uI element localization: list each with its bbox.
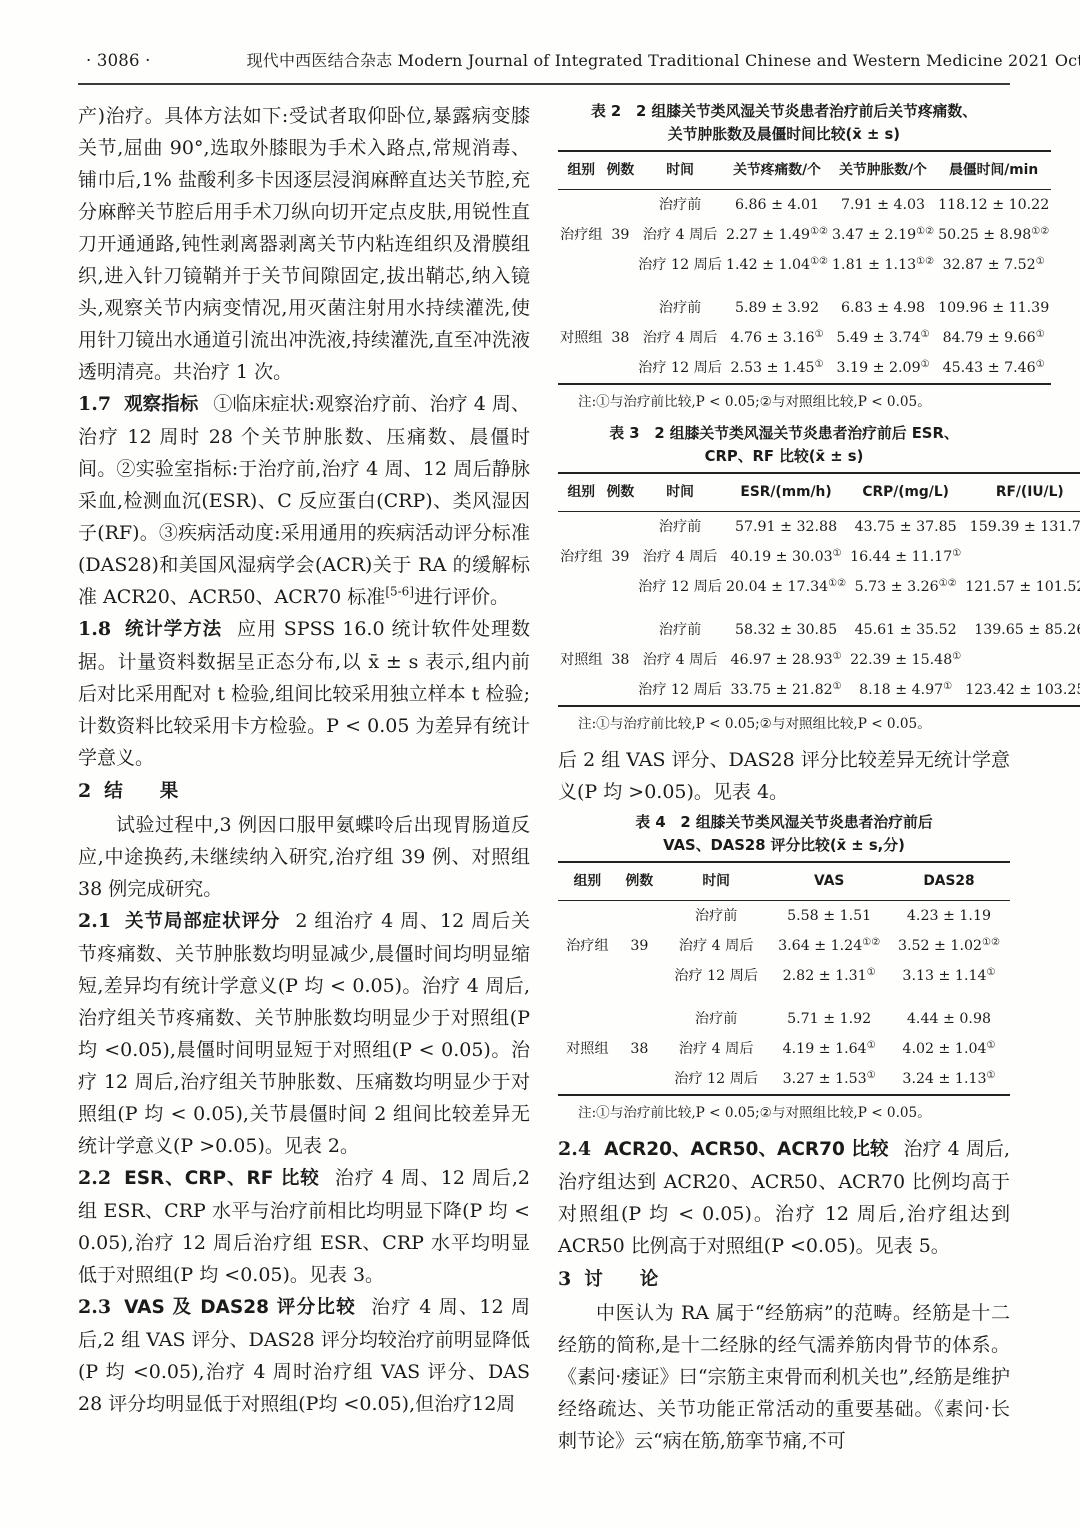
section-number: 1.7 (78, 393, 111, 415)
group-n: 38 (605, 615, 637, 706)
table-4-title-line1: 表 4 2 组膝关节类风湿关节炎患者治疗前后 (558, 811, 1010, 834)
section-2-2: 2.2ESR、CRP、RF 比较治疗 4 周、12 周后,2 组 ESR、CRP… (78, 1162, 530, 1291)
table-cell: 4.76 ± 3.16① (724, 323, 830, 353)
table-cell: 5.73 ± 3.26①② (848, 572, 963, 602)
section-2-4: 2.4ACR20、ACR50、ACR70 比较治疗 4 周后,治疗组达到 ACR… (558, 1133, 1010, 1262)
paragraph-vas-continuation: 后 2 组 VAS 评分、DAS28 评分比较差异无统计学意义(P 均 >0.0… (558, 744, 1010, 808)
column-header: ESR/(mm/h) (724, 473, 848, 512)
group-name: 治疗组 (558, 190, 605, 281)
section-number: 2.1 (78, 910, 111, 932)
heading-results: 2结 果 (78, 775, 530, 808)
group-name: 治疗组 (558, 512, 605, 603)
time-label: 治疗 4 周后 (636, 220, 724, 250)
significance-mark: ①② (810, 226, 828, 237)
significance-mark: ① (987, 1040, 996, 1051)
journal-title: 现代中西医结合杂志 Modern Journal of Integrated T… (151, 48, 1080, 71)
section-title: 观察指标 (124, 394, 198, 415)
significance-mark: ① (867, 1040, 876, 1051)
significance-mark: ① (1036, 359, 1045, 370)
table-cell (963, 645, 1080, 675)
table-cell: 50.25 ± 8.98①② (936, 220, 1051, 250)
paragraph-method-continuation: 产)治疗。具体方法如下:受试者取仰卧位,暴露病变膝关节,屈曲 90°,选取外膝眼… (78, 100, 530, 388)
table-3-header-row: 组别 例数 时间 ESR/(mm/h) CRP/(mg/L) RF/(IU/L) (558, 473, 1080, 512)
significance-mark: ① (987, 967, 996, 978)
table-cell: 7.91 ± 4.03 (830, 190, 936, 221)
significance-mark: ①② (810, 256, 828, 267)
table-cell: 32.87 ± 7.52① (936, 250, 1051, 280)
time-label: 治疗 12 周后 (636, 353, 724, 384)
column-header: 组别 (558, 862, 617, 901)
column-header: DAS28 (888, 862, 1010, 901)
right-column: 表 2 2 组膝关节类风湿关节炎患者治疗前后关节疼痛数、 关节肿胀数及晨僵时间比… (558, 100, 1010, 1457)
table-2-block: 表 2 2 组膝关节类风湿关节炎患者治疗前后关节疼痛数、 关节肿胀数及晨僵时间比… (558, 100, 1010, 412)
table-cell: 4.19 ± 1.64① (770, 1034, 888, 1064)
table-cell: 159.39 ± 131.76 (963, 512, 1080, 543)
table-cell: 45.61 ± 35.52 (848, 615, 963, 645)
table-cell: 22.39 ± 15.48① (848, 645, 963, 675)
time-label: 治疗 4 周后 (636, 645, 724, 675)
significance-mark: ① (815, 359, 824, 370)
page-number: · 3086 · (86, 51, 151, 70)
table-cell: 5.49 ± 3.74① (830, 323, 936, 353)
table-cell: 3.24 ± 1.13① (888, 1064, 1010, 1095)
table-cell: 2.82 ± 1.31① (770, 961, 888, 991)
journal-page: · 3086 · 现代中西医结合杂志 Modern Journal of Int… (0, 0, 1080, 1528)
column-header: 时间 (636, 151, 724, 190)
heading-number: 3 (558, 1268, 571, 1290)
column-header: 时间 (636, 473, 724, 512)
table-cell: 33.75 ± 21.82① (724, 675, 848, 706)
heading-discussion: 3讨 论 (558, 1263, 1010, 1296)
significance-mark: ① (867, 1070, 876, 1081)
column-header: 组别 (558, 151, 605, 190)
group-n: 39 (605, 190, 637, 281)
table-group-spacer (558, 280, 1051, 293)
table-cell: 2.27 ± 1.49①② (724, 220, 830, 250)
table-cell: 3.64 ± 1.24①② (770, 931, 888, 961)
section-title: 统计学方法 (124, 619, 222, 640)
two-column-body: 产)治疗。具体方法如下:受试者取仰卧位,暴露病变膝关节,屈曲 90°,选取外膝眼… (78, 100, 1010, 1457)
significance-mark: ① (987, 1070, 996, 1081)
paragraph-discussion: 中医认为 RA 属于“经筋病”的范畴。经筋是十二经筋的简称,是十二经脉的经气濡养… (558, 1297, 1010, 1457)
column-header: CRP/(mg/L) (848, 473, 963, 512)
section-1-7: 1.7观察指标①临床症状:观察治疗前、治疗 4 周、治疗 12 周时 28 个关… (78, 388, 530, 613)
paragraph-results-intro: 试验过程中,3 例因口服甲氨蝶呤后出现胃肠道反应,中途换药,未继续纳入研究,治疗… (78, 809, 530, 905)
table-2-note: 注:①与治疗前比较,P < 0.05;②与对照组比较,P < 0.05。 (558, 392, 1010, 412)
table-cell: 123.42 ± 103.25① (963, 675, 1080, 706)
time-label: 治疗 12 周后 (662, 1064, 770, 1095)
column-header: 关节肿胀数/个 (830, 151, 936, 190)
section-1-8: 1.8统计学方法应用 SPSS 16.0 统计软件处理数据。计量资料数据呈正态分… (78, 613, 530, 774)
time-label: 治疗 12 周后 (662, 961, 770, 991)
table-cell: 4.23 ± 1.19 (888, 901, 1010, 932)
left-column: 产)治疗。具体方法如下:受试者取仰卧位,暴露病变膝关节,屈曲 90°,选取外膝眼… (78, 100, 530, 1457)
time-label: 治疗 4 周后 (662, 1034, 770, 1064)
column-header: 时间 (662, 862, 770, 901)
table-cell: 4.02 ± 1.04① (888, 1034, 1010, 1064)
significance-mark: ① (833, 681, 842, 692)
significance-mark: ①② (939, 578, 957, 589)
significance-mark: ① (921, 359, 930, 370)
section-title: 关节局部症状评分 (124, 911, 280, 932)
table-cell: 139.65 ± 85.26 (963, 615, 1080, 645)
table-row: 对照组 38 治疗前 5.89 ± 3.92 6.83 ± 4.98 109.9… (558, 293, 1051, 323)
table-cell: 16.44 ± 11.17① (848, 542, 963, 572)
section-text: 应用 SPSS 16.0 统计软件处理数据。计量资料数据呈正态分布,以 x̄ ±… (78, 618, 530, 769)
significance-mark: ①② (982, 937, 1000, 948)
table-cell: 1.81 ± 1.13①② (830, 250, 936, 280)
column-header: VAS (770, 862, 888, 901)
table-cell: 84.79 ± 9.66① (936, 323, 1051, 353)
time-label: 治疗前 (636, 512, 724, 543)
significance-mark: ① (921, 329, 930, 340)
table-cell: 109.96 ± 11.39 (936, 293, 1051, 323)
table-3-title: 表 3 2 组膝关节类风湿关节炎患者治疗前后 ESR、 CRP、RF 比较(x̄… (558, 422, 1010, 468)
significance-mark: ①② (1031, 226, 1049, 237)
table-3-block: 表 3 2 组膝关节类风湿关节炎患者治疗前后 ESR、 CRP、RF 比较(x̄… (558, 422, 1010, 734)
time-label: 治疗前 (636, 190, 724, 221)
table-cell: 5.58 ± 1.51 (770, 901, 888, 932)
heading-title: 结 果 (104, 781, 178, 802)
section-title: ESR、CRP、RF 比较 (124, 1168, 320, 1189)
table-cell: 58.32 ± 30.85 (724, 615, 848, 645)
table-4: 组别 例数 时间 VAS DAS28 治疗组 39 治疗前 5.58 ± 1.5 (558, 861, 1010, 1096)
group-name: 对照组 (558, 293, 605, 384)
group-name: 对照组 (558, 615, 605, 706)
table-cell: 3.52 ± 1.02①② (888, 931, 1010, 961)
table-cell: 3.27 ± 1.53① (770, 1064, 888, 1095)
group-n: 38 (617, 1004, 662, 1095)
section-title: ACR20、ACR50、ACR70 比较 (604, 1139, 888, 1160)
table-3-title-line2: CRP、RF 比较(x̄ ± s) (558, 445, 1010, 468)
heading-number: 2 (78, 780, 91, 802)
time-label: 治疗前 (662, 901, 770, 932)
table-cell: 4.44 ± 0.98 (888, 1004, 1010, 1034)
section-text: 2 组治疗 4 周、12 周后关节疼痛数、关节肿胀数均明显减少,晨僵时间均明显缩… (78, 910, 530, 1157)
table-group-spacer (558, 602, 1080, 615)
column-header: RF/(IU/L) (963, 473, 1080, 512)
table-cell: 6.86 ± 4.01 (724, 190, 830, 221)
section-text: 进行评价。 (414, 586, 509, 608)
table-cell: 118.12 ± 10.22 (936, 190, 1051, 221)
table-row: 治疗 12 周后 20.04 ± 17.34①② 5.73 ± 3.26①② 1… (558, 572, 1080, 602)
table-cell: 20.04 ± 17.34①② (724, 572, 848, 602)
table-cell: 57.91 ± 32.88 (724, 512, 848, 543)
heading-title: 讨 论 (584, 1269, 658, 1290)
table-2-title-line2: 关节肿胀数及晨僵时间比较(x̄ ± s) (558, 123, 1010, 146)
page-header: · 3086 · 现代中西医结合杂志 Modern Journal of Int… (78, 40, 1010, 85)
section-number: 2.2 (78, 1167, 111, 1189)
significance-mark: ①② (862, 937, 880, 948)
table-3-title-line1: 表 3 2 组膝关节类风湿关节炎患者治疗前后 ESR、 (558, 422, 1010, 445)
table-cell: 43.75 ± 37.85 (848, 512, 963, 543)
significance-mark: ① (952, 651, 961, 662)
significance-mark: ① (833, 548, 842, 559)
column-header: 晨僵时间/min (936, 151, 1051, 190)
table-2-title: 表 2 2 组膝关节类风湿关节炎患者治疗前后关节疼痛数、 关节肿胀数及晨僵时间比… (558, 100, 1010, 146)
table-row: 对照组 38 治疗前 5.71 ± 1.92 4.44 ± 0.98 (558, 1004, 1010, 1034)
table-row: 治疗组 39 治疗前 57.91 ± 32.88 43.75 ± 37.85 1… (558, 512, 1080, 543)
time-label: 治疗前 (636, 293, 724, 323)
significance-mark: ① (1036, 256, 1045, 267)
table-3: 组别 例数 时间 ESR/(mm/h) CRP/(mg/L) RF/(IU/L)… (558, 472, 1080, 707)
significance-mark: ① (833, 651, 842, 662)
time-label: 治疗 4 周后 (636, 542, 724, 572)
group-n: 38 (605, 293, 637, 384)
section-2-3: 2.3VAS 及 DAS28 评分比较治疗 4 周、12 周后,2 组 VAS … (78, 1291, 530, 1420)
section-number: 2.3 (78, 1296, 111, 1318)
time-label: 治疗 12 周后 (636, 572, 724, 602)
table-cell: 3.47 ± 2.19①② (830, 220, 936, 250)
table-row: 对照组 38 治疗前 58.32 ± 30.85 45.61 ± 35.52 1… (558, 615, 1080, 645)
significance-mark: ① (867, 967, 876, 978)
table-group-spacer (558, 991, 1010, 1004)
significance-mark: ①② (828, 578, 846, 589)
time-label: 治疗 12 周后 (636, 250, 724, 280)
table-cell: 1.42 ± 1.04①② (724, 250, 830, 280)
table-cell: 3.13 ± 1.14① (888, 961, 1010, 991)
column-header: 组别 (558, 473, 605, 512)
time-label: 治疗 4 周后 (662, 931, 770, 961)
section-text: ①临床症状:观察治疗前、治疗 4 周、治疗 12 周时 28 个关节肿胀数、压痛… (78, 393, 530, 608)
section-2-1: 2.1关节局部症状评分2 组治疗 4 周、12 周后关节疼痛数、关节肿胀数均明显… (78, 905, 530, 1162)
column-header: 例数 (605, 151, 637, 190)
table-2-header-row: 组别 例数 时间 关节疼痛数/个 关节肿胀数/个 晨僵时间/min (558, 151, 1051, 190)
table-row: 治疗 4 周后 40.19 ± 30.03① 16.44 ± 11.17① (558, 542, 1080, 572)
section-number: 2.4 (558, 1138, 591, 1160)
group-name: 对照组 (558, 1004, 617, 1095)
significance-mark: ①② (916, 226, 934, 237)
time-label: 治疗 4 周后 (636, 323, 724, 353)
table-4-header-row: 组别 例数 时间 VAS DAS28 (558, 862, 1010, 901)
table-cell: 121.57 ± 101.52① (963, 572, 1080, 602)
table-cell: 5.71 ± 1.92 (770, 1004, 888, 1034)
table-cell: 45.43 ± 7.46① (936, 353, 1051, 384)
table-cell: 2.53 ± 1.45① (724, 353, 830, 384)
section-title: VAS 及 DAS28 评分比较 (124, 1297, 356, 1318)
table-row: 治疗组 39 治疗前 6.86 ± 4.01 7.91 ± 4.03 118.1… (558, 190, 1051, 221)
table-row: 治疗 4 周后 46.97 ± 28.93① 22.39 ± 15.48① (558, 645, 1080, 675)
group-name: 治疗组 (558, 901, 617, 992)
time-label: 治疗 12 周后 (636, 675, 724, 706)
table-cell: 40.19 ± 30.03① (724, 542, 848, 572)
table-cell: 6.83 ± 4.98 (830, 293, 936, 323)
table-4-note: 注:①与治疗前比较,P < 0.05;②与对照组比较,P < 0.05。 (558, 1103, 1010, 1123)
group-n: 39 (605, 512, 637, 603)
table-cell: 8.18 ± 4.97① (848, 675, 963, 706)
table-4-title: 表 4 2 组膝关节类风湿关节炎患者治疗前后 VAS、DAS28 评分比较(x̄… (558, 811, 1010, 857)
significance-mark: ①② (916, 256, 934, 267)
table-cell: 3.19 ± 2.09① (830, 353, 936, 384)
section-number: 1.8 (78, 618, 111, 640)
group-n: 39 (617, 901, 662, 992)
column-header: 例数 (605, 473, 637, 512)
reference-superscript: [5-6] (385, 585, 414, 599)
table-3-note: 注:①与治疗前比较,P < 0.05;②与对照组比较,P < 0.05。 (558, 714, 1010, 734)
column-header: 例数 (617, 862, 662, 901)
table-cell (963, 542, 1080, 572)
table-row: 治疗 12 周后 33.75 ± 21.82① 8.18 ± 4.97① 123… (558, 675, 1080, 706)
time-label: 治疗前 (636, 615, 724, 645)
significance-mark: ① (943, 681, 952, 692)
table-row: 治疗组 39 治疗前 5.58 ± 1.51 4.23 ± 1.19 (558, 901, 1010, 932)
significance-mark: ① (815, 329, 824, 340)
table-4-title-line2: VAS、DAS28 评分比较(x̄ ± s,分) (558, 834, 1010, 857)
table-cell: 46.97 ± 28.93① (724, 645, 848, 675)
table-2: 组别 例数 时间 关节疼痛数/个 关节肿胀数/个 晨僵时间/min 治疗组 39 (558, 150, 1051, 385)
table-cell: 5.89 ± 3.92 (724, 293, 830, 323)
table-4-block: 表 4 2 组膝关节类风湿关节炎患者治疗前后 VAS、DAS28 评分比较(x̄… (558, 811, 1010, 1123)
table-2-title-line1: 表 2 2 组膝关节类风湿关节炎患者治疗前后关节疼痛数、 (558, 100, 1010, 123)
significance-mark: ① (952, 548, 961, 559)
time-label: 治疗前 (662, 1004, 770, 1034)
significance-mark: ① (1036, 329, 1045, 340)
column-header: 关节疼痛数/个 (724, 151, 830, 190)
